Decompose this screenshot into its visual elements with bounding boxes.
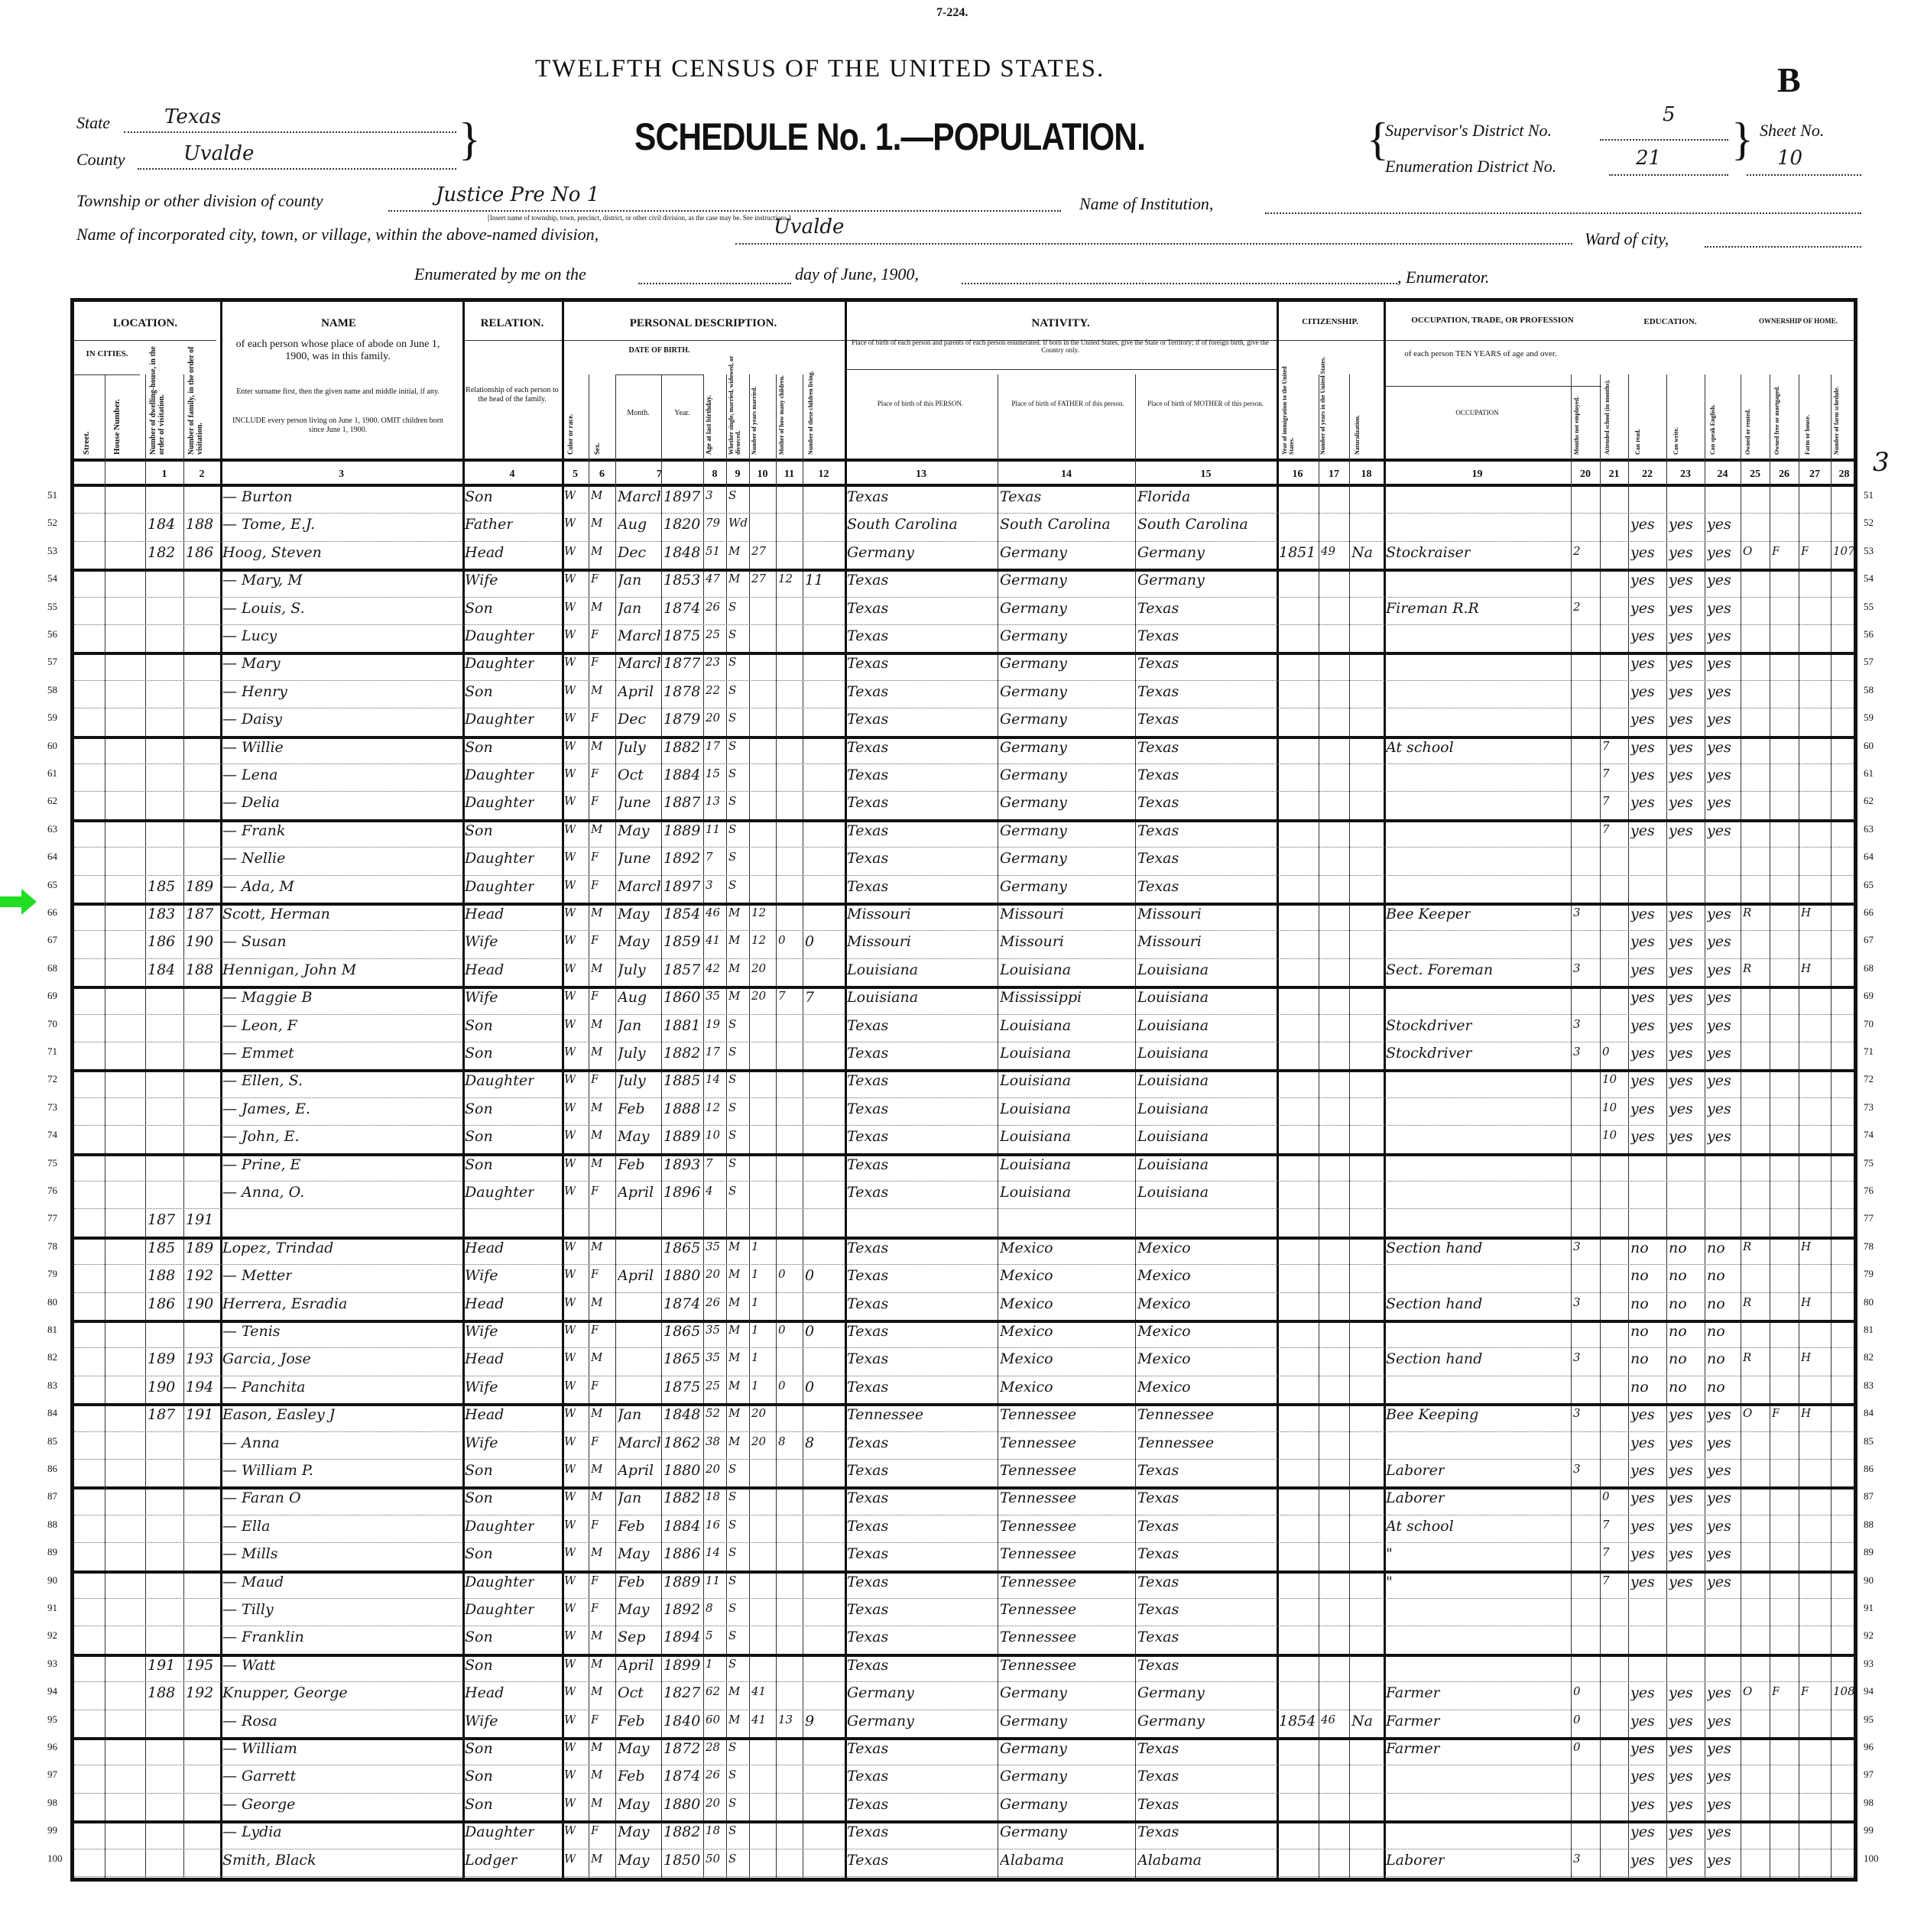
line-number: 52 (1864, 517, 1874, 529)
cell-name: Herrera, Esradia (222, 1295, 347, 1312)
cell-pob: Germany (847, 1684, 914, 1701)
cell-en: yes (1707, 1684, 1731, 1701)
cell-sex: F (591, 1823, 599, 1837)
cell-sex: M (591, 906, 602, 919)
cell-month: April (618, 1462, 654, 1479)
cell-age: 25 (706, 627, 720, 641)
line-number: 97 (47, 1768, 57, 1781)
cell-name: — Tome, E.J. (222, 516, 315, 533)
cell-rel: Wife (465, 1323, 498, 1340)
cell-pob: Germany (847, 544, 914, 561)
line-number: 88 (47, 1519, 57, 1531)
line-number: 70 (1864, 1018, 1874, 1030)
cell-ym: 1 (751, 1323, 759, 1337)
cell-fs: 107 (1833, 544, 1855, 558)
line-number: 55 (47, 601, 57, 613)
cell-age: 26 (706, 600, 720, 614)
cell-color: W (564, 572, 576, 585)
cell-color: W (564, 600, 576, 614)
cell-mar: M (728, 933, 740, 947)
township-line (388, 210, 1061, 212)
cell-sch: 7 (1602, 1518, 1610, 1532)
cell-age: 16 (706, 1518, 720, 1532)
cell-year: 1859 (663, 933, 700, 950)
column-number: 14 (998, 468, 1135, 481)
cell-rd: yes (1630, 1574, 1655, 1590)
city-label: Name of incorporated city, town, or vill… (76, 225, 599, 245)
cell-moc: 7 (778, 989, 786, 1003)
cell-age: 18 (706, 1823, 720, 1837)
cell-free: F (1772, 544, 1780, 558)
cell-color: W (564, 1017, 576, 1031)
cell-mar: M (728, 544, 740, 558)
cell-rd: no (1630, 1295, 1649, 1312)
line-number: 89 (47, 1546, 57, 1558)
header-farm-house: Farm or house. (1805, 348, 1812, 455)
cell-wr: no (1669, 1350, 1687, 1367)
cell-pobf: Germany (1000, 1768, 1067, 1785)
header-pob-mother: Place of birth of MOTHER of this person. (1137, 400, 1274, 407)
cell-pob: Texas (847, 627, 888, 644)
cell-rel: Daughter (465, 711, 534, 728)
cell-rd: yes (1630, 627, 1655, 644)
cell-name: — William (222, 1740, 297, 1757)
cell-ym: 1 (751, 1267, 759, 1281)
cell-mar: S (728, 1657, 736, 1671)
cell-age: 1 (706, 1657, 713, 1671)
cell-wr: yes (1669, 933, 1693, 950)
cell-rd: yes (1630, 961, 1655, 978)
cell-age: 10 (706, 1128, 720, 1142)
cell-mar: M (728, 989, 740, 1003)
cell-sex: F (591, 1323, 599, 1337)
line-number: 58 (1864, 684, 1874, 696)
cell-year: 1882 (663, 1823, 700, 1840)
cell-year: 1850 (663, 1852, 700, 1869)
cell-own: O (1743, 1684, 1752, 1698)
cell-en: no (1707, 1379, 1725, 1396)
cell-rel: Head (465, 544, 504, 561)
cell-pobf: Tennessee (1000, 1462, 1076, 1479)
cell-mar: S (728, 488, 736, 502)
table-row: — WilliamSonWMMay187228STexasGermanyTexa… (74, 1737, 1854, 1765)
cell-en: no (1707, 1323, 1725, 1340)
cell-pobf: Louisiana (1000, 1184, 1071, 1201)
cell-ym: 1 (751, 1240, 759, 1253)
cell-color: W (564, 627, 576, 641)
cell-fam: 195 (186, 1657, 213, 1674)
cell-pobm: Texas (1137, 1462, 1179, 1479)
header-farm-schedule: Number of farm schedule. (1834, 332, 1841, 455)
cell-pobm: Germany (1137, 544, 1205, 561)
population-table: LOCATION. IN CITIES. NAME of each person… (70, 298, 1857, 1882)
cell-year: 1880 (663, 1462, 700, 1479)
cell-name: Garcia, Jose (222, 1350, 311, 1367)
line-number: 94 (1864, 1685, 1874, 1697)
column-number: 5 (562, 468, 589, 481)
cell-mar: S (728, 1852, 736, 1866)
cell-wr: yes (1669, 1740, 1693, 1757)
cell-name: Knupper, George (222, 1684, 348, 1701)
cell-month: July (618, 739, 646, 756)
cell-age: 20 (706, 1796, 720, 1810)
line-number: 79 (1864, 1268, 1874, 1280)
cell-month: May (618, 906, 650, 922)
cell-age: 62 (706, 1684, 720, 1698)
cell-month: May (618, 1740, 650, 1757)
line-number: 71 (1864, 1045, 1874, 1058)
cell-sch: 0 (1602, 1490, 1610, 1503)
cell-en: yes (1707, 627, 1731, 644)
cell-free: F (1772, 1406, 1780, 1420)
cell-rd: yes (1630, 1490, 1655, 1506)
cell-rel: Wife (465, 933, 498, 950)
line-number: 53 (47, 545, 57, 557)
table-row: — NellieDaughterWFJune18927STexasGermany… (74, 847, 1854, 875)
cell-pobf: Tennessee (1000, 1657, 1076, 1674)
cell-color: W (564, 1072, 576, 1086)
cell-pob: Texas (847, 1045, 888, 1062)
cell-fs: 108 (1833, 1684, 1855, 1698)
cell-en: yes (1707, 1545, 1731, 1562)
cell-en: yes (1707, 516, 1731, 533)
table-row: Smith, BlackLodgerWMMay185050STexasAlaba… (74, 1849, 1854, 1877)
column-number: 7 (615, 468, 703, 481)
cell-en: yes (1707, 767, 1731, 783)
cell-pob: Texas (847, 822, 888, 839)
cell-pobf: Louisiana (1000, 1045, 1071, 1062)
cell-year: 1848 (663, 1406, 700, 1423)
cell-age: 3 (706, 878, 713, 892)
cell-mar: S (728, 1629, 736, 1642)
cell-pob: Texas (847, 1184, 888, 1201)
header-marital: Whether single, married, widowed, or div… (728, 332, 742, 455)
cell-mar: M (728, 961, 740, 975)
cell-rd: yes (1630, 794, 1655, 811)
line-number: 66 (47, 906, 57, 919)
header-attended-school: Attended school (in months). (1604, 348, 1611, 455)
cell-wr: yes (1669, 572, 1693, 588)
cell-month: Jan (618, 1017, 641, 1034)
cell-free: F (1772, 1684, 1780, 1698)
cell-month: Jan (618, 1406, 641, 1423)
cell-pob: Texas (847, 878, 888, 895)
cell-pob: Texas (847, 1462, 888, 1479)
cell-ym: 27 (751, 572, 766, 585)
cell-wr: yes (1669, 1713, 1693, 1729)
cell-pobm: Mexico (1137, 1379, 1191, 1396)
cell-mar: S (728, 683, 736, 697)
cell-age: 25 (706, 1379, 720, 1392)
cell-pobm: Mexico (1137, 1295, 1191, 1312)
cell-yus: 46 (1321, 1713, 1335, 1726)
cell-mu: 2 (1573, 544, 1581, 558)
cell-age: 46 (706, 906, 720, 919)
line-number: 80 (47, 1296, 57, 1308)
line-number: 77 (1864, 1212, 1874, 1224)
cell-sex: M (591, 1852, 602, 1866)
cell-name: — Nellie (222, 850, 285, 867)
cell-fam: 190 (186, 933, 213, 950)
column-number: 27 (1799, 468, 1831, 481)
line-number: 81 (47, 1324, 57, 1336)
cell-pobf: Tennessee (1000, 1434, 1076, 1451)
line-number: 51 (47, 489, 57, 501)
cell-en: yes (1707, 1434, 1731, 1451)
cell-own: O (1743, 1406, 1752, 1420)
cell-wr: yes (1669, 544, 1693, 561)
cell-color: W (564, 1657, 576, 1671)
cell-sex: M (591, 1657, 602, 1671)
cell-fam: 186 (186, 544, 213, 561)
cell-month: May (618, 1601, 650, 1618)
cell-pobm: Louisiana (1137, 1017, 1209, 1034)
county-value: Uvalde (183, 142, 254, 165)
cell-age: 18 (706, 1490, 720, 1503)
enumeration-line (1609, 174, 1728, 176)
column-number: 13 (845, 468, 998, 481)
cell-occ: Farmer (1386, 1684, 1440, 1701)
cell-ym: 1 (751, 1379, 759, 1392)
cell-en: yes (1707, 822, 1731, 839)
cell-fh: F (1801, 1684, 1809, 1698)
table-row: — LenaDaughterWFOct188415STexasGermanyTe… (74, 763, 1854, 792)
schedule-title: SCHEDULE No. 1.—POPULATION. (634, 115, 1145, 159)
cell-en: yes (1707, 1045, 1731, 1062)
table-row: 188192— MetterWifeWFApril188020M100Texas… (74, 1264, 1854, 1292)
column-number: 24 (1705, 468, 1741, 481)
line-number: 72 (1864, 1073, 1874, 1085)
cell-pob: Texas (847, 1017, 888, 1034)
cell-wr: yes (1669, 1101, 1693, 1117)
cell-dw: 186 (148, 1295, 175, 1312)
cell-name: — William P. (222, 1462, 313, 1479)
cell-name: — Franklin (222, 1629, 304, 1645)
cell-rel: Son (465, 1462, 493, 1479)
cell-mar: S (728, 711, 736, 724)
cell-year: 1896 (663, 1184, 700, 1201)
cell-sex: F (591, 1713, 599, 1726)
cell-color: W (564, 655, 576, 669)
cell-age: 11 (706, 1574, 720, 1587)
cell-rel: Son (465, 739, 493, 756)
cell-month: June (618, 794, 651, 811)
cell-pobm: Texas (1137, 794, 1179, 811)
cell-sex: M (591, 1350, 602, 1364)
header-family: Number of family, in the order of visita… (187, 332, 204, 455)
cell-own: R (1743, 961, 1751, 975)
cell-name: — Mary (222, 655, 281, 672)
cell-rd: yes (1630, 544, 1655, 561)
cell-year: 1862 (663, 1434, 700, 1451)
cell-year: 1865 (663, 1323, 700, 1340)
cell-name: — Rosa (222, 1713, 277, 1729)
cell-sch: 7 (1602, 822, 1610, 836)
cell-pobf: Germany (1000, 767, 1067, 783)
cell-rel: Son (465, 1768, 493, 1785)
enumerator-label: , Enumerator. (1397, 267, 1489, 287)
cell-mar: M (728, 1379, 740, 1392)
cell-rel: Son (465, 1629, 493, 1645)
cell-age: 38 (706, 1434, 720, 1448)
cell-mar: S (728, 1462, 736, 1476)
cell-rel: Head (465, 906, 504, 922)
line-number: 68 (47, 962, 57, 974)
cell-pobf: Tennessee (1000, 1629, 1076, 1645)
cell-own: R (1743, 906, 1751, 919)
cell-ym: 1 (751, 1295, 759, 1309)
column-number: 18 (1349, 468, 1384, 481)
cell-pobm: Texas (1137, 600, 1179, 617)
cell-age: 35 (706, 1350, 720, 1364)
cell-wr: yes (1669, 1574, 1693, 1590)
cell-rel: Daughter (465, 767, 534, 783)
cell-pobm: Louisiana (1137, 1184, 1209, 1201)
cell-mar: S (728, 1017, 736, 1031)
cell-sex: M (591, 1240, 602, 1253)
cell-rel: Head (465, 1406, 504, 1423)
cell-age: 4 (706, 1184, 713, 1198)
cell-mar: S (728, 822, 736, 836)
cell-pobm: Louisiana (1137, 1128, 1209, 1145)
cell-sex: F (591, 1518, 599, 1532)
cell-age: 79 (706, 516, 720, 530)
cell-pobm: Texas (1137, 1518, 1179, 1535)
cell-pobm: Texas (1137, 822, 1179, 839)
cell-sex: M (591, 1045, 602, 1058)
cell-color: W (564, 1740, 576, 1754)
cell-color: W (564, 516, 576, 530)
cell-pobf: Mexico (1000, 1267, 1053, 1284)
cell-name: — Anna, O. (222, 1184, 304, 1201)
cell-color: W (564, 906, 576, 919)
cell-en: yes (1707, 1852, 1731, 1869)
cell-age: 3 (706, 488, 713, 502)
cell-pob: Texas (847, 1657, 888, 1674)
table-row: — William P.SonWMApril188020STexasTennes… (74, 1459, 1854, 1490)
table-row: — TillyDaughterWFMay18928STexasTennessee… (74, 1598, 1854, 1626)
line-number: 86 (1864, 1463, 1874, 1475)
table-row: — FrankSonWMMay188911STexasGermanyTexas7… (74, 819, 1854, 848)
cell-own: R (1743, 1350, 1751, 1364)
cell-pob: Texas (847, 1629, 888, 1645)
cell-pobm: Texas (1137, 1545, 1179, 1562)
cell-pobm: Mexico (1137, 1323, 1191, 1340)
cell-name: — James, E. (222, 1101, 310, 1117)
cell-en: no (1707, 1295, 1725, 1312)
cell-month: April (618, 1184, 654, 1201)
cell-wr: yes (1669, 989, 1693, 1006)
cell-pobf: Tennessee (1000, 1518, 1076, 1535)
cell-year: 1889 (663, 822, 700, 839)
cell-sex: M (591, 600, 602, 614)
header-months-unemployed: Months not employed. (1574, 378, 1581, 455)
table-row: — MaryDaughterWFMarch187723STexasGermany… (74, 652, 1854, 680)
cell-moc: 12 (778, 572, 793, 585)
line-number: 62 (1864, 795, 1874, 807)
line-number: 93 (1864, 1658, 1874, 1670)
cell-sch: 10 (1602, 1128, 1617, 1142)
cell-rel: Wife (465, 1434, 498, 1451)
cell-dw: 184 (148, 961, 175, 978)
column-number: 1 (145, 468, 183, 481)
header-personal: PERSONAL DESCRIPTION. (562, 317, 845, 330)
institution-line (1265, 212, 1861, 214)
cell-month: March (618, 627, 660, 644)
cell-pob: Texas (847, 1240, 888, 1256)
cell-name: — Faran O (222, 1490, 301, 1506)
cell-ym: 20 (751, 1406, 766, 1420)
cell-year: 1897 (663, 488, 700, 505)
cell-rel: Son (465, 1128, 493, 1145)
line-number: 91 (47, 1602, 57, 1614)
cell-age: 52 (706, 1406, 720, 1420)
cell-age: 26 (706, 1768, 720, 1781)
cell-pobm: Louisiana (1137, 1156, 1209, 1173)
column-number: 26 (1770, 468, 1799, 481)
cell-en: yes (1707, 655, 1731, 672)
cell-color: W (564, 1490, 576, 1503)
line-number: 59 (47, 712, 57, 724)
table-row: — John, E.SonWMMay188910STexasLouisianaL… (74, 1125, 1854, 1156)
cell-pob: Texas (847, 1574, 888, 1590)
cell-dw: 183 (148, 906, 175, 922)
cell-rel: Son (465, 1101, 493, 1117)
cell-sex: F (591, 878, 599, 892)
table-row: — AnnaWifeWFMarch186238M2088TexasTenness… (74, 1431, 1854, 1460)
cell-fam: 190 (186, 1295, 213, 1312)
table-row: 183187Scott, HermanHeadWMMay185446M12Mis… (74, 903, 1854, 931)
cell-mu: 0 (1573, 1684, 1581, 1698)
cell-cl: 11 (805, 572, 823, 588)
column-number: 8 (703, 468, 726, 481)
line-number: 60 (1864, 740, 1874, 752)
line-number: 85 (47, 1435, 57, 1447)
line-number: 74 (1864, 1129, 1874, 1141)
cell-pobf: Germany (1000, 683, 1067, 700)
line-number: 98 (1864, 1797, 1874, 1809)
table-row: — MillsSonWMMay188614STexasTennesseeTexa… (74, 1542, 1854, 1573)
brace-left: } (459, 116, 481, 162)
cell-mar: S (728, 1740, 736, 1754)
cell-color: W (564, 822, 576, 836)
cell-month: Feb (618, 1156, 645, 1173)
table-row: — James, E.SonWMFeb188812STexasLouisiana… (74, 1097, 1854, 1126)
column-number: 19 (1384, 468, 1571, 481)
table-row: — Mary, MWifeWFJan185347M271211TexasGerm… (74, 569, 1854, 597)
cell-en: yes (1707, 1101, 1731, 1117)
cell-pobm: Texas (1137, 1768, 1179, 1785)
table-row: — Ellen, S.DaughterWFJuly188514STexasLou… (74, 1069, 1854, 1097)
cell-mar: S (728, 1545, 736, 1559)
cell-mar: M (728, 906, 740, 919)
cell-pobm: Texas (1137, 683, 1179, 700)
cell-occ: " (1386, 1545, 1393, 1562)
header-years-married: Number of years married. (751, 332, 758, 455)
cell-rel: Head (465, 1295, 504, 1312)
line-number: 96 (47, 1741, 57, 1753)
cell-sex: M (591, 683, 602, 697)
table-row: 187191Eason, Easley JHeadWMJan184852M20T… (74, 1403, 1854, 1431)
cell-mar: M (728, 1713, 740, 1726)
county-line (138, 168, 456, 170)
cell-age: 13 (706, 794, 720, 808)
cell-sex: F (591, 711, 599, 724)
header-immigration: Year of immigration to the United States… (1282, 355, 1296, 455)
cell-pobm: Texas (1137, 1601, 1179, 1618)
line-number: 76 (1864, 1185, 1874, 1197)
cell-year: 1886 (663, 1545, 700, 1562)
